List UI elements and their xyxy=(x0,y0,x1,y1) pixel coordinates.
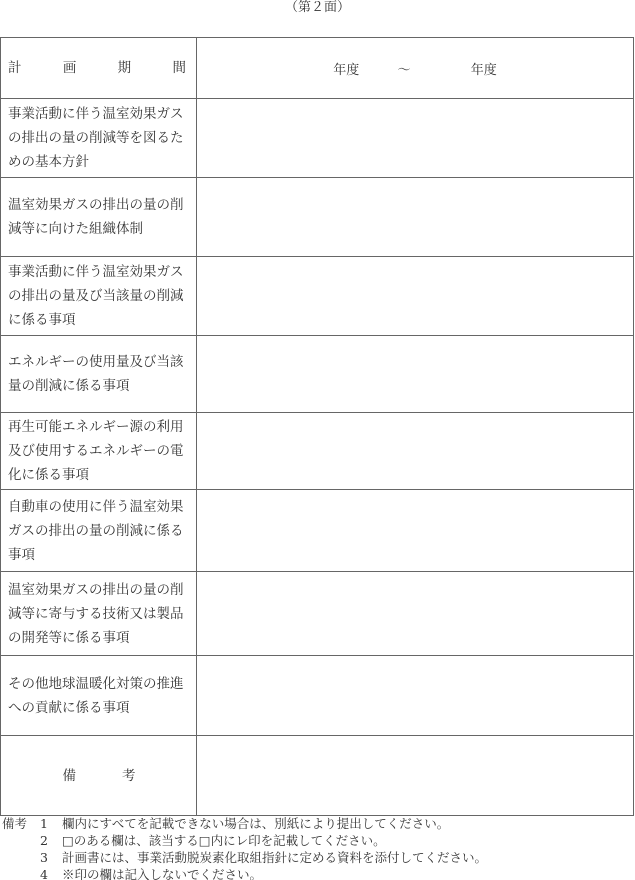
remarks-input-cell[interactable] xyxy=(197,736,634,816)
row-input-cell[interactable] xyxy=(197,490,634,572)
plan-period-row: 計 画 期 間 年度 ～ 年度 xyxy=(1,38,634,99)
label-char: 備 xyxy=(63,764,77,788)
row-input-cell[interactable] xyxy=(197,413,634,490)
plan-form-table: 計 画 期 間 年度 ～ 年度 事業活動に伴う温室効果ガスの排出の量の削減等を図… xyxy=(0,37,634,816)
label-char: 期 xyxy=(118,56,132,80)
row-label: 事業活動に伴う温室効果ガスの排出の量の削減等を図るための基本方針 xyxy=(1,99,197,178)
note-text: □のある欄は、該当する□内にレ印を記載してください。 xyxy=(62,832,386,849)
remarks-row: 備 考 xyxy=(1,736,634,816)
form-row: 温室効果ガスの排出の量の削減等に寄与する技術又は製品の開発等に係る事項 xyxy=(1,572,634,656)
note-item: 4 ※印の欄は記入しないでください。 xyxy=(0,866,635,880)
row-input-cell[interactable] xyxy=(197,656,634,736)
form-row: 自動車の使用に伴う温室効果ガスの排出の量の削減に係る事項 xyxy=(1,490,634,572)
range-tilde: ～ xyxy=(397,59,410,78)
row-input-cell[interactable] xyxy=(197,336,634,413)
label-char: 間 xyxy=(172,56,186,80)
row-input-cell[interactable] xyxy=(197,572,634,656)
note-text: ※印の欄は記入しないでください。 xyxy=(62,866,262,880)
plan-period-label: 計 画 期 間 xyxy=(1,38,197,99)
remarks-label: 備 考 xyxy=(1,736,197,816)
form-row: エネルギーの使用量及び当該量の削減に係る事項 xyxy=(1,336,634,413)
note-item: 3 計画書には、事業活動脱炭素化取組指針に定める資料を添付してください。 xyxy=(0,849,635,866)
row-label: 温室効果ガスの排出の量の削減等に寄与する技術又は製品の開発等に係る事項 xyxy=(1,572,197,656)
form-row: 温室効果ガスの排出の量の削減等に向けた組織体制 xyxy=(1,178,634,257)
label-char: 計 xyxy=(8,56,22,80)
row-label: 自動車の使用に伴う温室効果ガスの排出の量の削減に係る事項 xyxy=(1,490,197,572)
notes-section: 備考 1 欄内にすべてを記載できない場合は、別紙により提出してください。 2 □… xyxy=(0,815,635,880)
plan-period-field[interactable]: 年度 ～ 年度 xyxy=(197,38,634,99)
note-number: 1 xyxy=(40,815,62,832)
note-number: 4 xyxy=(40,866,62,880)
note-item: 備考 1 欄内にすべてを記載できない場合は、別紙により提出してください。 xyxy=(0,815,635,832)
note-text: 計画書には、事業活動脱炭素化取組指針に定める資料を添付してください。 xyxy=(62,849,487,866)
row-label: 事業活動に伴う温室効果ガスの排出の量及び当該量の削減に係る事項 xyxy=(1,257,197,336)
row-input-cell[interactable] xyxy=(197,257,634,336)
row-label: その他地球温暖化対策の推進への貢献に係る事項 xyxy=(1,656,197,736)
form-row: 事業活動に伴う温室効果ガスの排出の量及び当該量の削減に係る事項 xyxy=(1,257,634,336)
row-input-cell[interactable] xyxy=(197,99,634,178)
form-row: 再生可能エネルギー源の利用及び使用するエネルギーの電化に係る事項 xyxy=(1,413,634,490)
note-number: 2 xyxy=(40,832,62,849)
row-label: 再生可能エネルギー源の利用及び使用するエネルギーの電化に係る事項 xyxy=(1,413,197,490)
label-char: 画 xyxy=(63,56,77,80)
start-year-suffix: 年度 xyxy=(333,59,359,78)
row-label: エネルギーの使用量及び当該量の削減に係る事項 xyxy=(1,336,197,413)
row-label: 温室効果ガスの排出の量の削減等に向けた組織体制 xyxy=(1,178,197,257)
note-number: 3 xyxy=(40,849,62,866)
form-row: 事業活動に伴う温室効果ガスの排出の量の削減等を図るための基本方針 xyxy=(1,99,634,178)
notes-heading: 備考 xyxy=(0,815,40,832)
form-row: その他地球温暖化対策の推進への貢献に係る事項 xyxy=(1,656,634,736)
page-label: （第２面） xyxy=(0,0,635,16)
end-year-suffix: 年度 xyxy=(471,59,497,78)
label-char: 考 xyxy=(122,764,136,788)
row-input-cell[interactable] xyxy=(197,178,634,257)
note-item: 2 □のある欄は、該当する□内にレ印を記載してください。 xyxy=(0,832,635,849)
note-text: 欄内にすべてを記載できない場合は、別紙により提出してください。 xyxy=(62,815,449,832)
